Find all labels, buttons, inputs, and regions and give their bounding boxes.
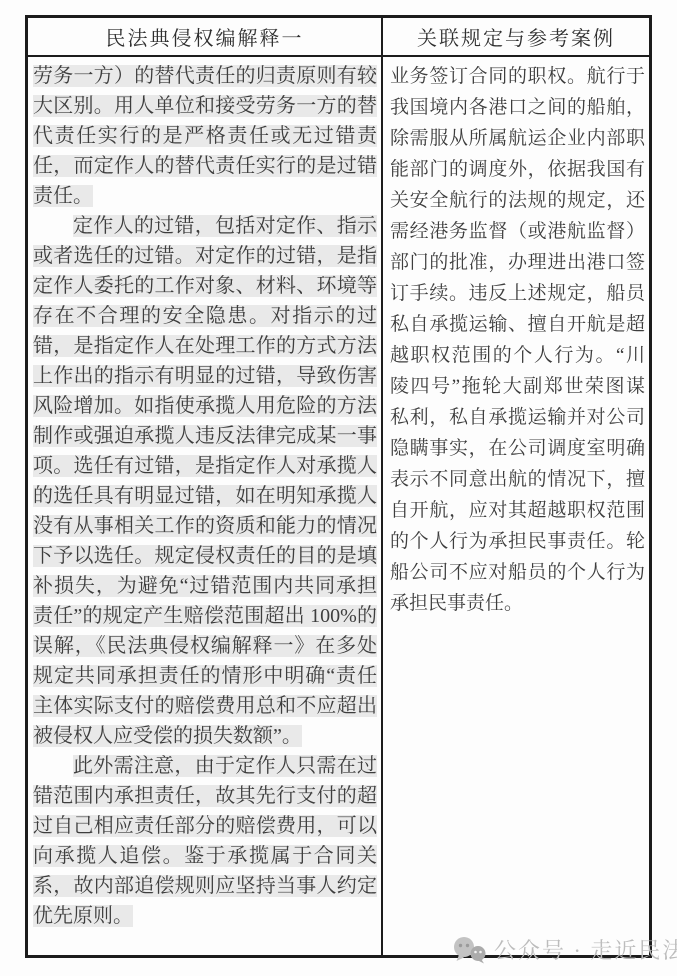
header-left-cell: 民法典侵权编解释一 <box>28 18 383 55</box>
table-header-row: 民法典侵权编解释一 关联规定与参考案例 <box>28 18 649 57</box>
interpretation-paragraph: 劳务一方）的替代责任的归责原则有较大区别。用人单位和接受劳务一方的替代责任实行的… <box>33 61 377 211</box>
reference-column: 业务签订合同的职权。航行于我国境内各港口之间的船舶，除需服从所属航运企业内部职能… <box>383 57 649 955</box>
reference-paragraph: 业务签订合同的职权。航行于我国境内各港口之间的船舶，除需服从所属航运企业内部职能… <box>390 61 645 619</box>
interpretation-paragraph: 定作人的过错，包括对定作、指示或者选任的过错。对定作的过错，是指定作人委托的工作… <box>33 211 377 751</box>
highlighted-text: 此外需注意，由于定作人只需在过错范围内承担责任，故其先行支付的超过自己相应责任部… <box>33 755 377 927</box>
wechat-icon <box>452 936 488 964</box>
watermark-text: 公众号 · 走近民法典 <box>494 934 677 965</box>
watermark: 公众号 · 走近民法典 <box>452 934 677 965</box>
interpretation-paragraph: 此外需注意，由于定作人只需在过错范围内承担责任，故其先行支付的超过自己相应责任部… <box>33 751 377 931</box>
interpretation-column: 劳务一方）的替代责任的归责原则有较大区别。用人单位和接受劳务一方的替代责任实行的… <box>28 57 383 955</box>
highlighted-text: 定作人的过错，包括对定作、指示或者选任的过错。对定作的过错，是指定作人委托的工作… <box>33 215 377 747</box>
header-left-title: 民法典侵权编解释一 <box>106 22 304 51</box>
header-right-cell: 关联规定与参考案例 <box>383 18 649 55</box>
document-page: 民法典侵权编解释一 关联规定与参考案例 劳务一方）的替代责任的归责原则有较大区别… <box>0 0 677 976</box>
header-right-title: 关联规定与参考案例 <box>417 22 615 51</box>
highlighted-text: 劳务一方）的替代责任的归责原则有较大区别。用人单位和接受劳务一方的替代责任实行的… <box>33 65 377 207</box>
comparison-table: 民法典侵权编解释一 关联规定与参考案例 劳务一方）的替代责任的归责原则有较大区别… <box>25 15 652 958</box>
table-body-row: 劳务一方）的替代责任的归责原则有较大区别。用人单位和接受劳务一方的替代责任实行的… <box>28 57 649 955</box>
